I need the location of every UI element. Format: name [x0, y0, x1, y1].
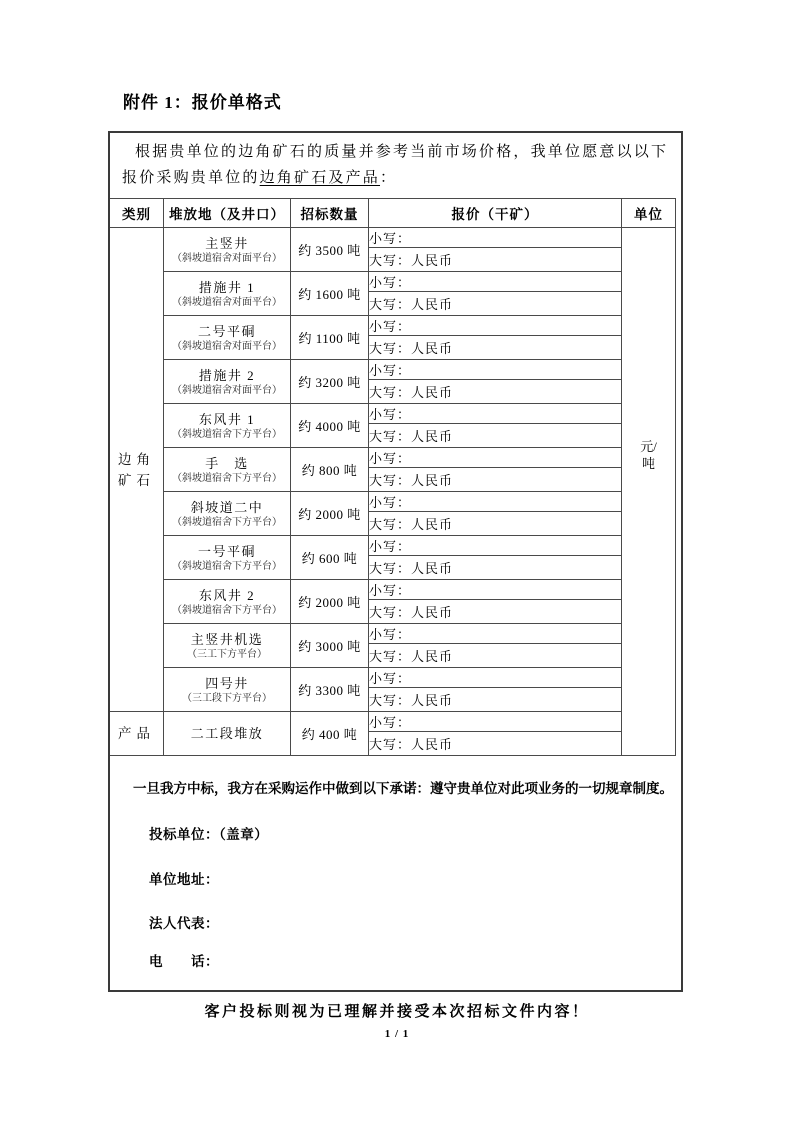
quantity-cell: 约 600 吨 [291, 536, 369, 580]
location-name: 斜坡道二中 [164, 499, 290, 516]
location-name: 东风井 1 [164, 411, 290, 428]
col-header-location: 堆放地（及井口） [164, 199, 291, 228]
quotation-table: 类别 堆放地（及井口） 招标数量 报价（干矿） 单位 边角矿石 主竖井（斜坡道宿… [109, 198, 676, 756]
bidder-unit-label: 投标单位：（盖章） [149, 826, 681, 844]
price-small-cell: 小写： [369, 272, 622, 292]
location-cell: 四号井（三工段下方平台） [164, 668, 291, 712]
intro-underlined-text: 边角矿石及产品 [260, 170, 380, 186]
table-row: 主竖井机选（三工下方平台） 约 3000 吨 小写： [110, 624, 676, 644]
location-name: 主竖井机选 [164, 631, 290, 648]
footer-note: 客户投标则视为已理解并接受本次招标文件内容！ [0, 1000, 794, 1021]
location-detail: （斜坡道宿舍对面平台） [164, 296, 290, 309]
location-detail: （斜坡道宿舍对面平台） [164, 384, 290, 397]
quantity-cell: 约 2000 吨 [291, 492, 369, 536]
location-cell: 主竖井机选（三工下方平台） [164, 624, 291, 668]
quotation-form-box: 根据贵单位的边角矿石的质量并参考当前市场价格，我单位愿意以以下报价采购贵单位的边… [108, 131, 683, 992]
table-row: 四号井（三工段下方平台） 约 3300 吨 小写： [110, 668, 676, 688]
location-name: 二号平硐 [164, 323, 290, 340]
location-detail: （斜坡道宿舍下方平台） [164, 604, 290, 617]
quantity-cell: 约 3500 吨 [291, 228, 369, 272]
location-name: 主竖井 [164, 235, 290, 252]
location-name: 二工段堆放 [164, 725, 290, 742]
price-big-cell: 大写：人民币 [369, 380, 622, 404]
price-big-cell: 大写：人民币 [369, 248, 622, 272]
location-detail: （斜坡道宿舍下方平台） [164, 560, 290, 573]
price-small-cell: 小写： [369, 536, 622, 556]
location-detail: （三工下方平台） [164, 648, 290, 661]
table-row: 一号平硐（斜坡道宿舍下方平台） 约 600 吨 小写： [110, 536, 676, 556]
category-cell-ore: 边角矿石 [110, 228, 164, 712]
location-cell: 东风井 1（斜坡道宿舍下方平台） [164, 404, 291, 448]
table-header-row: 类别 堆放地（及井口） 招标数量 报价（干矿） 单位 [110, 199, 676, 228]
price-big-cell: 大写：人民币 [369, 292, 622, 316]
col-header-unit: 单位 [622, 199, 676, 228]
table-row: 边角矿石 主竖井（斜坡道宿舍对面平台） 约 3500 吨 小写： 元/吨 [110, 228, 676, 248]
location-detail: （斜坡道宿舍下方平台） [164, 516, 290, 529]
price-small-cell: 小写： [369, 668, 622, 688]
table-row: 斜坡道二中（斜坡道宿舍下方平台） 约 2000 吨 小写： [110, 492, 676, 512]
commitment-statement: 一旦我方中标，我方在采购运作中做到以下承诺：遵守贵单位对此项业务的一切规章制度。 [133, 780, 673, 798]
location-name: 东风井 2 [164, 587, 290, 604]
quantity-cell: 约 3300 吨 [291, 668, 369, 712]
location-cell: 主竖井（斜坡道宿舍对面平台） [164, 228, 291, 272]
price-big-cell: 大写：人民币 [369, 336, 622, 360]
page-title: 附件 1：报价单格式 [123, 88, 282, 113]
location-name: 一号平硐 [164, 543, 290, 560]
price-big-cell: 大写：人民币 [369, 732, 622, 756]
quantity-cell: 约 1100 吨 [291, 316, 369, 360]
location-name: 措施井 2 [164, 367, 290, 384]
location-name: 手 选 [164, 455, 290, 472]
table-row: 措施井 2（斜坡道宿舍对面平台） 约 3200 吨 小写： [110, 360, 676, 380]
location-cell: 一号平硐（斜坡道宿舍下方平台） [164, 536, 291, 580]
price-big-cell: 大写：人民币 [369, 644, 622, 668]
price-small-cell: 小写： [369, 448, 622, 468]
quantity-cell: 约 3000 吨 [291, 624, 369, 668]
location-cell: 二工段堆放 [164, 712, 291, 756]
location-cell: 措施井 2（斜坡道宿舍对面平台） [164, 360, 291, 404]
quantity-cell: 约 4000 吨 [291, 404, 369, 448]
legal-representative-label: 法人代表： [149, 915, 681, 933]
price-big-cell: 大写：人民币 [369, 600, 622, 624]
unit-address-label: 单位地址： [149, 871, 681, 889]
commitment-section: 一旦我方中标，我方在采购运作中做到以下承诺：遵守贵单位对此项业务的一切规章制度。… [110, 780, 681, 971]
phone-label: 电 话： [149, 953, 681, 971]
quantity-cell: 约 1600 吨 [291, 272, 369, 316]
price-small-cell: 小写： [369, 624, 622, 644]
price-big-cell: 大写：人民币 [369, 424, 622, 448]
price-small-cell: 小写： [369, 712, 622, 732]
price-small-cell: 小写： [369, 404, 622, 424]
location-detail: （三工段下方平台） [164, 692, 290, 705]
document-page: 附件 1：报价单格式 根据贵单位的边角矿石的质量并参考当前市场价格，我单位愿意以… [0, 0, 794, 1123]
location-cell: 二号平硐（斜坡道宿舍对面平台） [164, 316, 291, 360]
price-small-cell: 小写： [369, 360, 622, 380]
price-big-cell: 大写：人民币 [369, 556, 622, 580]
location-cell: 手 选（斜坡道宿舍下方平台） [164, 448, 291, 492]
table-row: 手 选（斜坡道宿舍下方平台） 约 800 吨 小写： [110, 448, 676, 468]
category-cell-product: 产品 [110, 712, 164, 756]
location-detail: （斜坡道宿舍下方平台） [164, 428, 290, 441]
location-cell: 措施井 1（斜坡道宿舍对面平台） [164, 272, 291, 316]
unit-value: 元/吨 [640, 438, 657, 472]
quantity-cell: 约 800 吨 [291, 448, 369, 492]
intro-text-after: ： [380, 170, 397, 186]
table-row: 东风井 2（斜坡道宿舍下方平台） 约 2000 吨 小写： [110, 580, 676, 600]
price-small-cell: 小写： [369, 492, 622, 512]
location-name: 措施井 1 [164, 279, 290, 296]
page-number: 1 / 1 [0, 1028, 794, 1040]
location-cell: 斜坡道二中（斜坡道宿舍下方平台） [164, 492, 291, 536]
location-cell: 东风井 2（斜坡道宿舍下方平台） [164, 580, 291, 624]
table-row: 产品 二工段堆放 约 400 吨 小写： [110, 712, 676, 732]
quantity-cell: 约 400 吨 [291, 712, 369, 756]
col-header-category: 类别 [110, 199, 164, 228]
price-big-cell: 大写：人民币 [369, 468, 622, 492]
price-small-cell: 小写： [369, 580, 622, 600]
unit-cell: 元/吨 [622, 228, 676, 756]
col-header-quantity: 招标数量 [291, 199, 369, 228]
price-small-cell: 小写： [369, 316, 622, 336]
quantity-cell: 约 2000 吨 [291, 580, 369, 624]
location-detail: （斜坡道宿舍对面平台） [164, 252, 290, 265]
table-row: 二号平硐（斜坡道宿舍对面平台） 约 1100 吨 小写： [110, 316, 676, 336]
price-big-cell: 大写：人民币 [369, 512, 622, 536]
location-detail: （斜坡道宿舍对面平台） [164, 340, 290, 353]
quantity-cell: 约 3200 吨 [291, 360, 369, 404]
intro-paragraph: 根据贵单位的边角矿石的质量并参考当前市场价格，我单位愿意以以下报价采购贵单位的边… [122, 139, 669, 191]
table-row: 东风井 1（斜坡道宿舍下方平台） 约 4000 吨 小写： [110, 404, 676, 424]
location-detail: （斜坡道宿舍下方平台） [164, 472, 290, 485]
col-header-price: 报价（干矿） [369, 199, 622, 228]
price-big-cell: 大写：人民币 [369, 688, 622, 712]
location-name: 四号井 [164, 675, 290, 692]
table-row: 措施井 1（斜坡道宿舍对面平台） 约 1600 吨 小写： [110, 272, 676, 292]
price-small-cell: 小写： [369, 228, 622, 248]
